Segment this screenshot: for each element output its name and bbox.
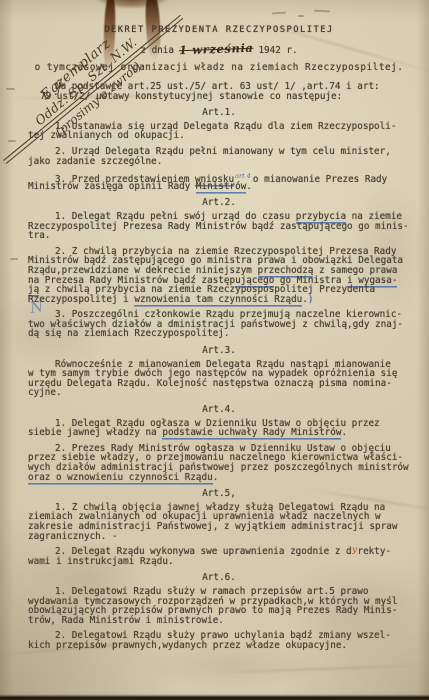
red-pencil-correction: y [352,545,357,555]
marked-text-segment: podstawie uchwały Rady Ministrów [162,427,341,438]
article-6-paragraph-1: 1. Delegatowi Rządu służy w ramach przep… [28,587,410,625]
text-segment: jako zadanie szczególne. [28,156,162,167]
handwritten-date: 1 września [179,41,254,58]
article-4-paragraph-1: 1. Delegat Rządu ogłasza w Dzienniku Ust… [28,419,410,438]
text-segment: trów, Rada Ministrów i ministrowie. [28,615,224,626]
article-2-paragraph-2: 2. Z chwilą przybycia na ziemie Rzeczypo… [28,247,410,305]
date-year: 1942 r. [258,45,297,56]
date-prefix: z dnia [140,45,174,56]
blue-paren-mark: ) [308,294,314,305]
marked-text-segment: wznowienia tam czynności Rządu [134,294,302,305]
text-segment: cyjne. [28,387,62,398]
text-segment: . [213,472,219,483]
typed-line: kich przepisów prawnych,wydanych przez w… [28,641,410,651]
document-title: DEKRET PREZYDENTA RZECZYPOSPOLITEJ [28,25,410,35]
article-3-paragraph-1: Równocześnie z mianowaniem Delegata Rząd… [28,360,410,398]
text-segment: urzędu Delegata Rządu. Kolejność następs… [28,378,392,389]
typed-line: Rzeczypospolitej Prezesa Rady Ministrów … [28,222,410,232]
text-segment: tra. [28,230,50,241]
text-segment: Rzeczypospolitej Prezesa Rady Ministrów … [28,221,409,232]
typed-line: trów, Rada Ministrów i ministrowie. [28,616,410,626]
article-heading-5: Art.5, [28,489,410,499]
text-segment: Ministrów zasięga opinii Rady [28,181,196,192]
marked-text-segment: oraz o wznowieniu czynności Rządu [28,472,213,483]
article-1-paragraph-3: 3. Przed przedstawieniem wnioskuart 4o m… [28,172,410,191]
typed-line: jako zadanie szczególne. [28,157,410,167]
typed-line: tra. [28,231,410,241]
text-segment: kich przepisów prawnych,wydanych przez w… [28,640,347,651]
text-segment: rekty- [357,546,391,557]
article-heading-6: Art.6. [28,573,410,583]
article-heading-2: Art.2. [28,198,410,208]
document-page: Egzemplarz Oddz. Sp. Szt. N.W. (prosimy … [0,0,429,700]
text-segment: zagranicznych. - [28,531,118,542]
article-5-paragraph-2: 2. Delegat Rządu wykonywa swe uprawnieni… [28,547,410,566]
article-2-paragraph-1: 1. Delegat Rządu pełni swój urząd do cza… [28,212,410,241]
text-segment: . [246,181,252,192]
handwritten-blue-ref: art 4 [235,172,251,180]
text-segment: siebie jawnej władzy na [28,427,162,438]
article-2-paragraph-3: 3. Poszczególni członkowie Rządu przejmu… [28,310,410,339]
text-segment: wami i instrukcjami Rządu. [28,556,174,567]
text-segment: dą się na ziemiach Rzeczypospolitej. [28,328,230,339]
typed-line: Rzeczypospolitej i wznowienia tam czynno… [28,295,410,305]
marked-text-segment: Ministrów [196,181,246,192]
typed-line: tej zwalnianych od okupacji. [28,131,410,141]
text-segment: o mianowanie Prezes Rady [253,174,387,185]
paper-crease [200,664,429,674]
typed-document: DEKRET PREZYDENTA RZECZYPOSPOLITEJ z dni… [28,0,410,657]
date-line: z dnia1 września1942 r. [28,42,410,56]
article-6-paragraph-2: 2. Delegatowi Rządu służy prawo uchylani… [28,631,410,650]
typed-line: urzędu Delegata Rządu. Kolejność następs… [28,379,410,389]
typed-line: dą się na ziemiach Rzeczypospolitej. [28,329,410,339]
pencil-mark [6,88,15,90]
legal-basis-line2: 79 ust/2/ ustawy konstytucyjnej stanowie… [40,92,410,102]
typed-line: siebie jawnej władzy na podstawie uchwał… [28,428,410,438]
text-segment: . [341,427,347,438]
typed-line: cyjne. [28,388,410,398]
text-segment: Rzeczypospolitej i [28,294,134,305]
scan-edge-shadow [0,694,429,700]
articles: Art.1.1. Ustanawia się urząd Delegata Rz… [28,108,410,650]
article-5-paragraph-1: 1. Z chwilą objęcia jawnej władzy służą … [28,503,410,541]
article-1-paragraph-2: 2. Urząd Delegata Rządu pełni mianowany … [28,147,410,166]
article-4-paragraph-2: 2. Prezes Rady Ministrów ogłasza w Dzien… [28,444,410,482]
document-subtitle: o tymczasowej organizacji władz na ziemi… [28,62,410,73]
typed-line: wami i instrukcjami Rządu. [28,557,410,567]
article-1-paragraph-1: 1. Ustanawia się urząd Delegata Rządu dl… [28,122,410,141]
typed-line: zagranicznych. - [28,532,410,542]
legal-basis: Na podstawie art.25 ust./5/ art. 63 ust/… [40,82,410,101]
article-heading-1: Art.1. [28,108,410,118]
article-heading-3: Art.3. [28,346,410,356]
article-heading-4: Art.4. [28,405,410,415]
pencil-mark [10,258,18,260]
typed-line: oraz o wznowieniu czynności Rządu. [28,473,410,483]
text-segment: tej zwalnianych od okupacji. [28,130,185,141]
